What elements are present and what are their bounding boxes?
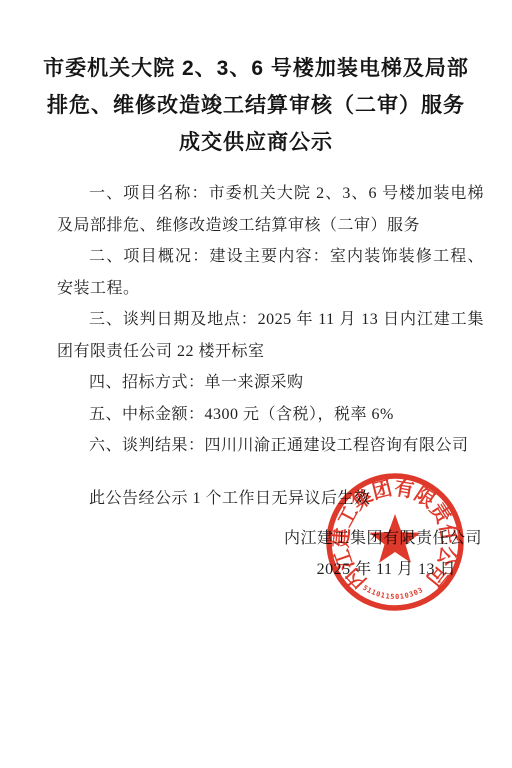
signature-company: 内江建工集团有限责任公司 [0,523,482,554]
paragraph-project-name: 一、项目名称：市委机关大院 2、3、6 号楼加装电梯及局部排危、维修改造竣工结算… [57,178,484,241]
seal-code-number: 5110115010303 [361,584,424,601]
title-line-1: 市委机关大院 2、3、6 号楼加装电梯及局部 [0,50,512,87]
title-line-3: 成交供应商公示 [0,124,512,161]
announcement-page: 市委机关大院 2、3、6 号楼加装电梯及局部 排危、维修改造竣工结算审核（二审）… [0,0,512,768]
signature-block: 内江建工集团有限责任公司 2025 年 11 月 13 日 [0,523,512,585]
signature-date: 2025 年 11 月 13 日 [0,554,482,585]
page-title: 市委机关大院 2、3、6 号楼加装电梯及局部 排危、维修改造竣工结算审核（二审）… [0,0,512,161]
paragraph-bidding-method: 四、招标方式：单一来源采购 [57,367,484,399]
announcement-body: 一、项目名称：市委机关大院 2、3、6 号楼加装电梯及局部排危、维修改造竣工结算… [0,178,512,514]
paragraph-negotiation-date-place: 三、谈判日期及地点：2025 年 11 月 13 日内江建工集团有限责任公司 2… [57,304,484,367]
paragraph-project-overview: 二、项目概况：建设主要内容：室内装饰装修工程、安装工程。 [57,241,484,304]
paragraph-negotiation-result: 六、谈判结果：四川川渝正通建设工程咨询有限公司 [57,430,484,462]
closing-statement: 此公告经公示 1 个工作日无异议后生效 [57,483,484,515]
title-line-2: 排危、维修改造竣工结算审核（二审）服务 [0,87,512,124]
paragraph-award-amount: 五、中标金额：4300 元（含税），税率 6% [57,399,484,431]
